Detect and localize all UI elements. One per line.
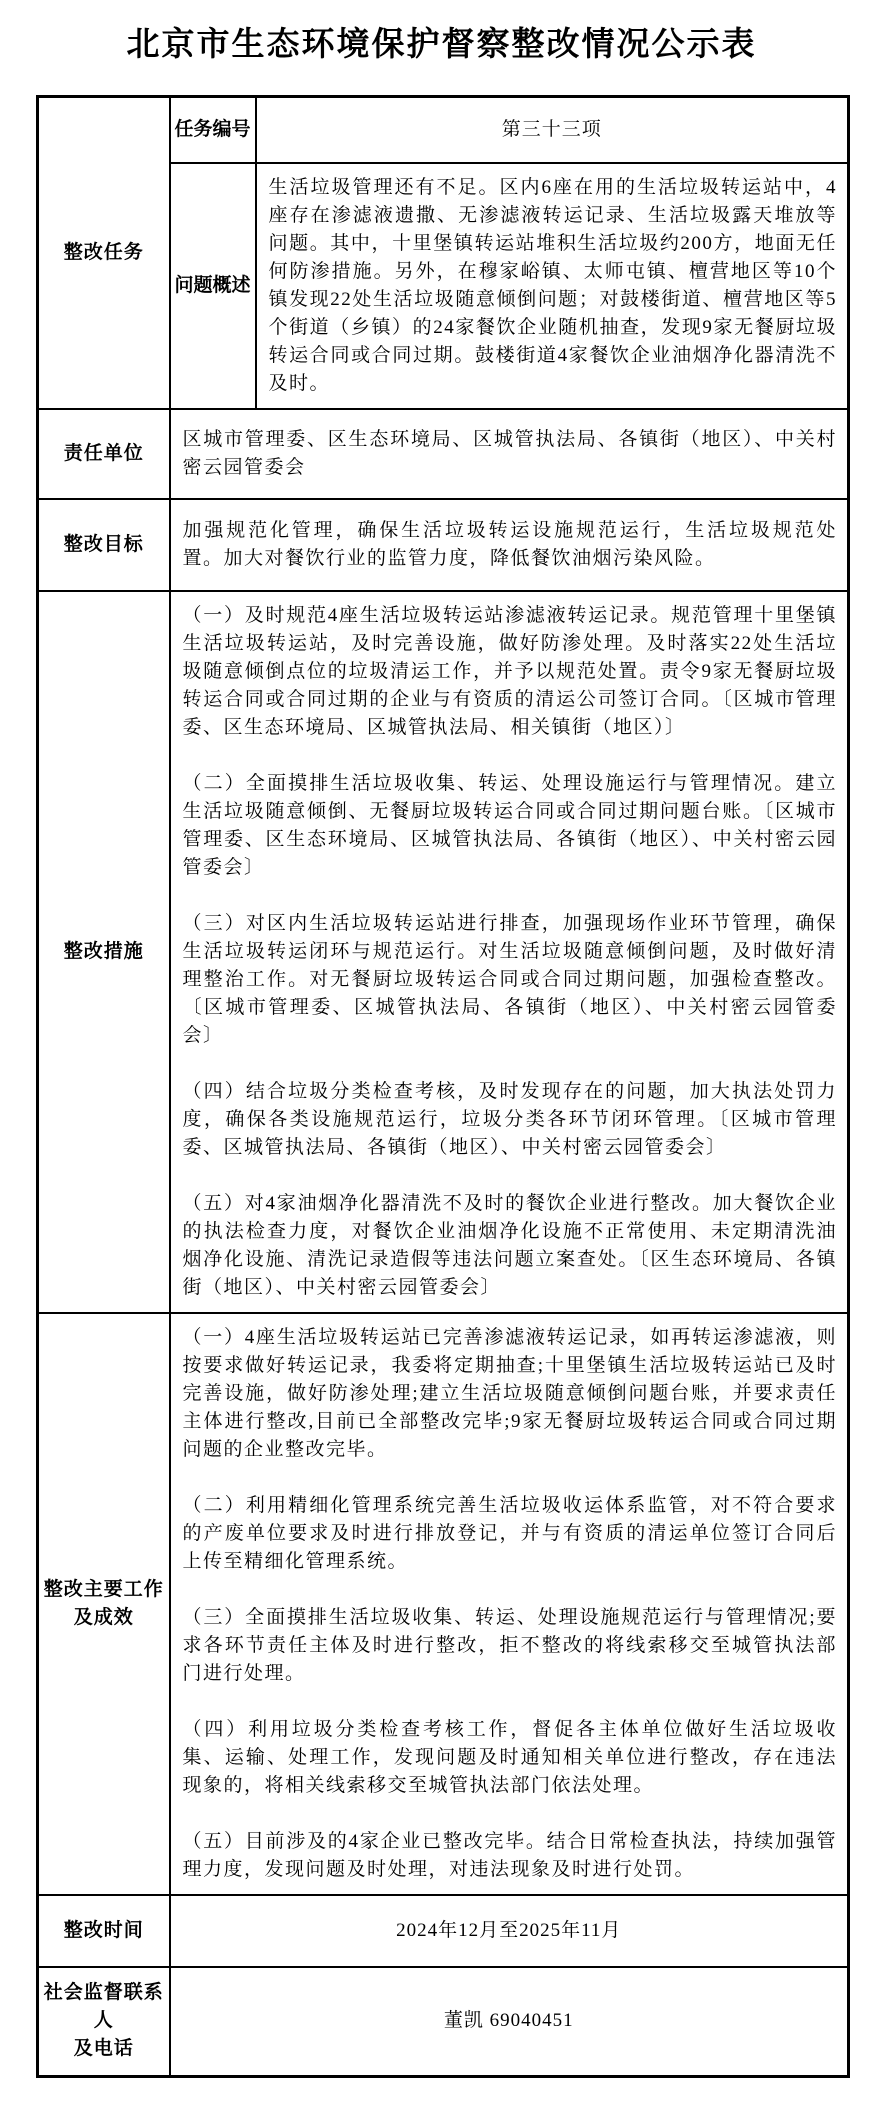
task-number-label: 任务编号 — [170, 97, 256, 163]
rectification-time-value: 2024年12月至2025年11月 — [170, 1895, 849, 1967]
problem-overview-label: 问题概述 — [170, 163, 256, 409]
table-row: 整改目标 加强规范化管理，确保生活垃圾转运设施规范运行，生活垃圾规范处置。加大对… — [38, 499, 849, 591]
effect-paragraph-3: （三）全面摸排生活垃圾收集、转运、处理设施规范运行与管理情况;要求各环节责任主体… — [183, 1604, 838, 1688]
effect-paragraph-4: （四）利用垃圾分类检查考核工作，督促各主体单位做好生活垃圾收集、运输、处理工作，… — [183, 1716, 838, 1800]
row-label-supervision-contact: 社会监督联系人 及电话 — [38, 1967, 170, 2077]
rectification-table: 整改任务 任务编号 第三十三项 问题概述 生活垃圾管理还有不足。区内6座在用的生… — [36, 95, 850, 2078]
measure-paragraph-5: （五）对4家油烟净化器清洗不及时的餐饮企业进行整改。加大餐饮企业的执法检查力度，… — [183, 1190, 838, 1302]
row-label-rectification-time: 整改时间 — [38, 1895, 170, 1967]
table-row: 整改时间 2024年12月至2025年11月 — [38, 1895, 849, 1967]
table-row: 整改主要工作 及成效 （一）4座生活垃圾转运站已完善渗滤液转运记录，如再转运渗滤… — [38, 1313, 849, 1895]
effect-paragraph-1: （一）4座生活垃圾转运站已完善渗滤液转运记录，如再转运渗滤液，则按要求做好转运记… — [183, 1324, 838, 1464]
responsible-unit-text: 区城市管理委、区生态环境局、区城管执法局、各镇街（地区）、中关村密云园管委会 — [170, 409, 849, 499]
main-work-and-results-text: （一）4座生活垃圾转运站已完善渗滤液转运记录，如再转运渗滤液，则按要求做好转运记… — [170, 1313, 849, 1895]
effect-paragraph-2: （二）利用精细化管理系统完善生活垃圾收运体系监管，对不符合要求的产废单位要求及时… — [183, 1492, 838, 1576]
row-label-main-work-and-results: 整改主要工作 及成效 — [38, 1313, 170, 1895]
document-page: 北京市生态环境保护督察整改情况公示表 整改任务 任务编号 第三十三项 问题概述 … — [0, 0, 883, 2102]
page-title: 北京市生态环境保护督察整改情况公示表 — [36, 18, 847, 65]
task-number-value: 第三十三项 — [256, 97, 849, 163]
measure-paragraph-2: （二）全面摸排生活垃圾收集、转运、处理设施运行与管理情况。建立生活垃圾随意倾倒、… — [183, 770, 838, 882]
row-label-rectification-measures: 整改措施 — [38, 591, 170, 1313]
table-row: 整改措施 （一）及时规范4座生活垃圾转运站渗滤液转运记录。规范管理十里堡镇生活垃… — [38, 591, 849, 1313]
effect-paragraph-5: （五）目前涉及的4家企业已整改完毕。结合日常检查执法，持续加强管理力度，发现问题… — [183, 1828, 838, 1884]
row-label-rectification-task: 整改任务 — [38, 97, 170, 409]
supervision-contact-value: 董凯 69040451 — [170, 1967, 849, 2077]
problem-overview-text: 生活垃圾管理还有不足。区内6座在用的生活垃圾转运站中，4座存在渗滤液遗撒、无渗滤… — [256, 163, 849, 409]
rectification-goal-text: 加强规范化管理，确保生活垃圾转运设施规范运行，生活垃圾规范处置。加大对餐饮行业的… — [170, 499, 849, 591]
rectification-measures-text: （一）及时规范4座生活垃圾转运站渗滤液转运记录。规范管理十里堡镇生活垃圾转运站，… — [170, 591, 849, 1313]
table-row: 整改任务 任务编号 第三十三项 — [38, 97, 849, 163]
measure-paragraph-3: （三）对区内生活垃圾转运站进行排查，加强现场作业环节管理，确保生活垃圾转运闭环与… — [183, 910, 838, 1050]
row-label-responsible-unit: 责任单位 — [38, 409, 170, 499]
table-row: 责任单位 区城市管理委、区生态环境局、区城管执法局、各镇街（地区）、中关村密云园… — [38, 409, 849, 499]
measure-paragraph-4: （四）结合垃圾分类检查考核，及时发现存在的问题，加大执法处罚力度，确保各类设施规… — [183, 1078, 838, 1162]
measure-paragraph-1: （一）及时规范4座生活垃圾转运站渗滤液转运记录。规范管理十里堡镇生活垃圾转运站，… — [183, 602, 838, 742]
row-label-rectification-goal: 整改目标 — [38, 499, 170, 591]
table-row: 社会监督联系人 及电话 董凯 69040451 — [38, 1967, 849, 2077]
